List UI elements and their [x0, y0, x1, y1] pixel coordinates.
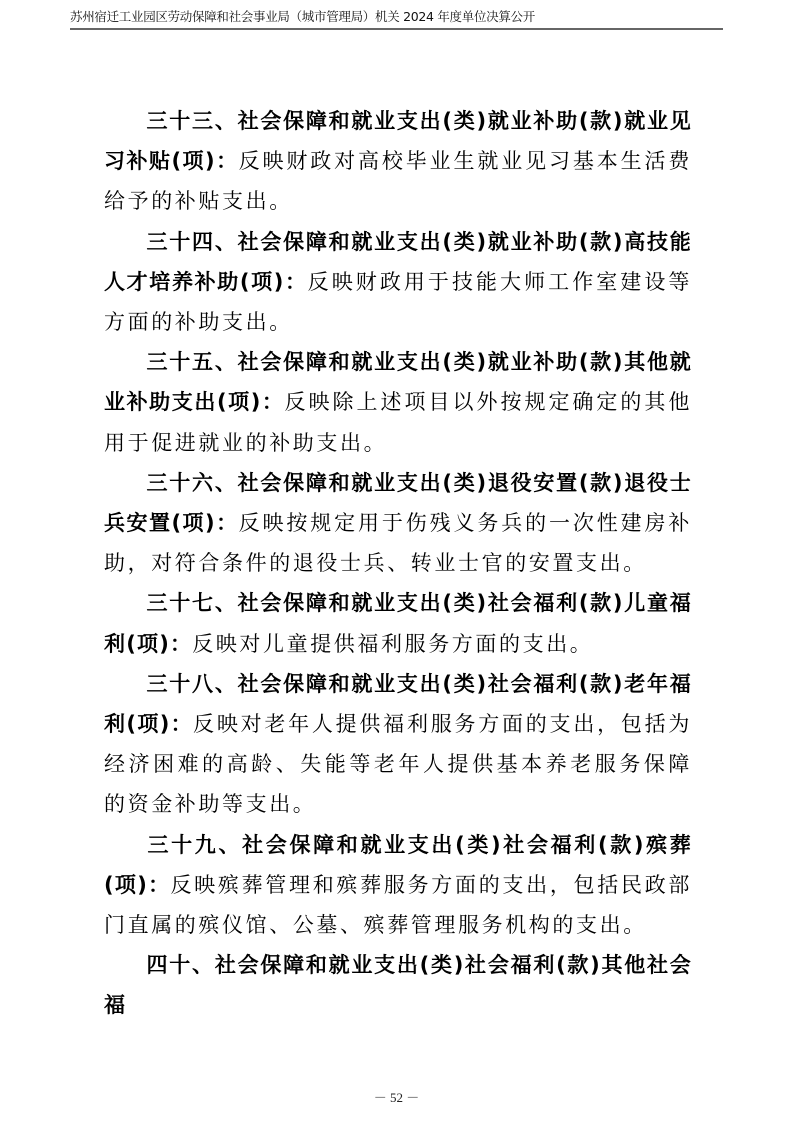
document-body: 三十三、社会保障和就业支出(类)就业补助(款)就业见习补贴(项)：反映财政对高校…	[104, 101, 692, 1026]
paragraph-39: 三十九、社会保障和就业支出(类)社会福利(款)殡葬(项)：反映殡葬管理和殡葬服务…	[104, 825, 692, 946]
paragraph-33: 三十三、社会保障和就业支出(类)就业补助(款)就业见习补贴(项)：反映财政对高校…	[104, 101, 692, 222]
paragraph-body: 反映对儿童提供福利服务方面的支出。	[192, 632, 593, 656]
paragraph-38: 三十八、社会保障和就业支出(类)社会福利(款)老年福利(项)：反映对老年人提供福…	[104, 664, 692, 825]
header-rule	[70, 28, 723, 30]
paragraph-34: 三十四、社会保障和就业支出(类)就业补助(款)高技能人才培养补助(项)：反映财政…	[104, 222, 692, 343]
paragraph-body: 反映对老年人提供福利服务方面的支出，包括为经济困难的高龄、失能等老年人提供基本养…	[104, 712, 692, 816]
paragraph-heading: 四十、社会保障和就业支出(类)社会福利(款)其他社会福	[104, 953, 692, 1017]
paragraph-37: 三十七、社会保障和就业支出(类)社会福利(款)儿童福利(项)：反映对儿童提供福利…	[104, 583, 692, 663]
page-header: 苏州宿迁工业园区劳动保障和社会事业局（城市管理局）机关 2024 年度单位决算公…	[70, 9, 723, 25]
page-number: － 52 －	[0, 1087, 793, 1106]
paragraph-40: 四十、社会保障和就业支出(类)社会福利(款)其他社会福	[104, 945, 692, 1025]
paragraph-35: 三十五、社会保障和就业支出(类)就业补助(款)其他就业补助支出(项)：反映除上述…	[104, 342, 692, 463]
paragraph-body: 反映殡葬管理和殡葬服务方面的支出，包括民政部门直属的殡仪馆、公墓、殡葬管理服务机…	[104, 873, 692, 937]
header-title: 苏州宿迁工业园区劳动保障和社会事业局（城市管理局）机关 2024 年度单位决算公…	[70, 9, 723, 25]
paragraph-36: 三十六、社会保障和就业支出(类)退役安置(款)退役士兵安置(项)：反映按规定用于…	[104, 463, 692, 584]
